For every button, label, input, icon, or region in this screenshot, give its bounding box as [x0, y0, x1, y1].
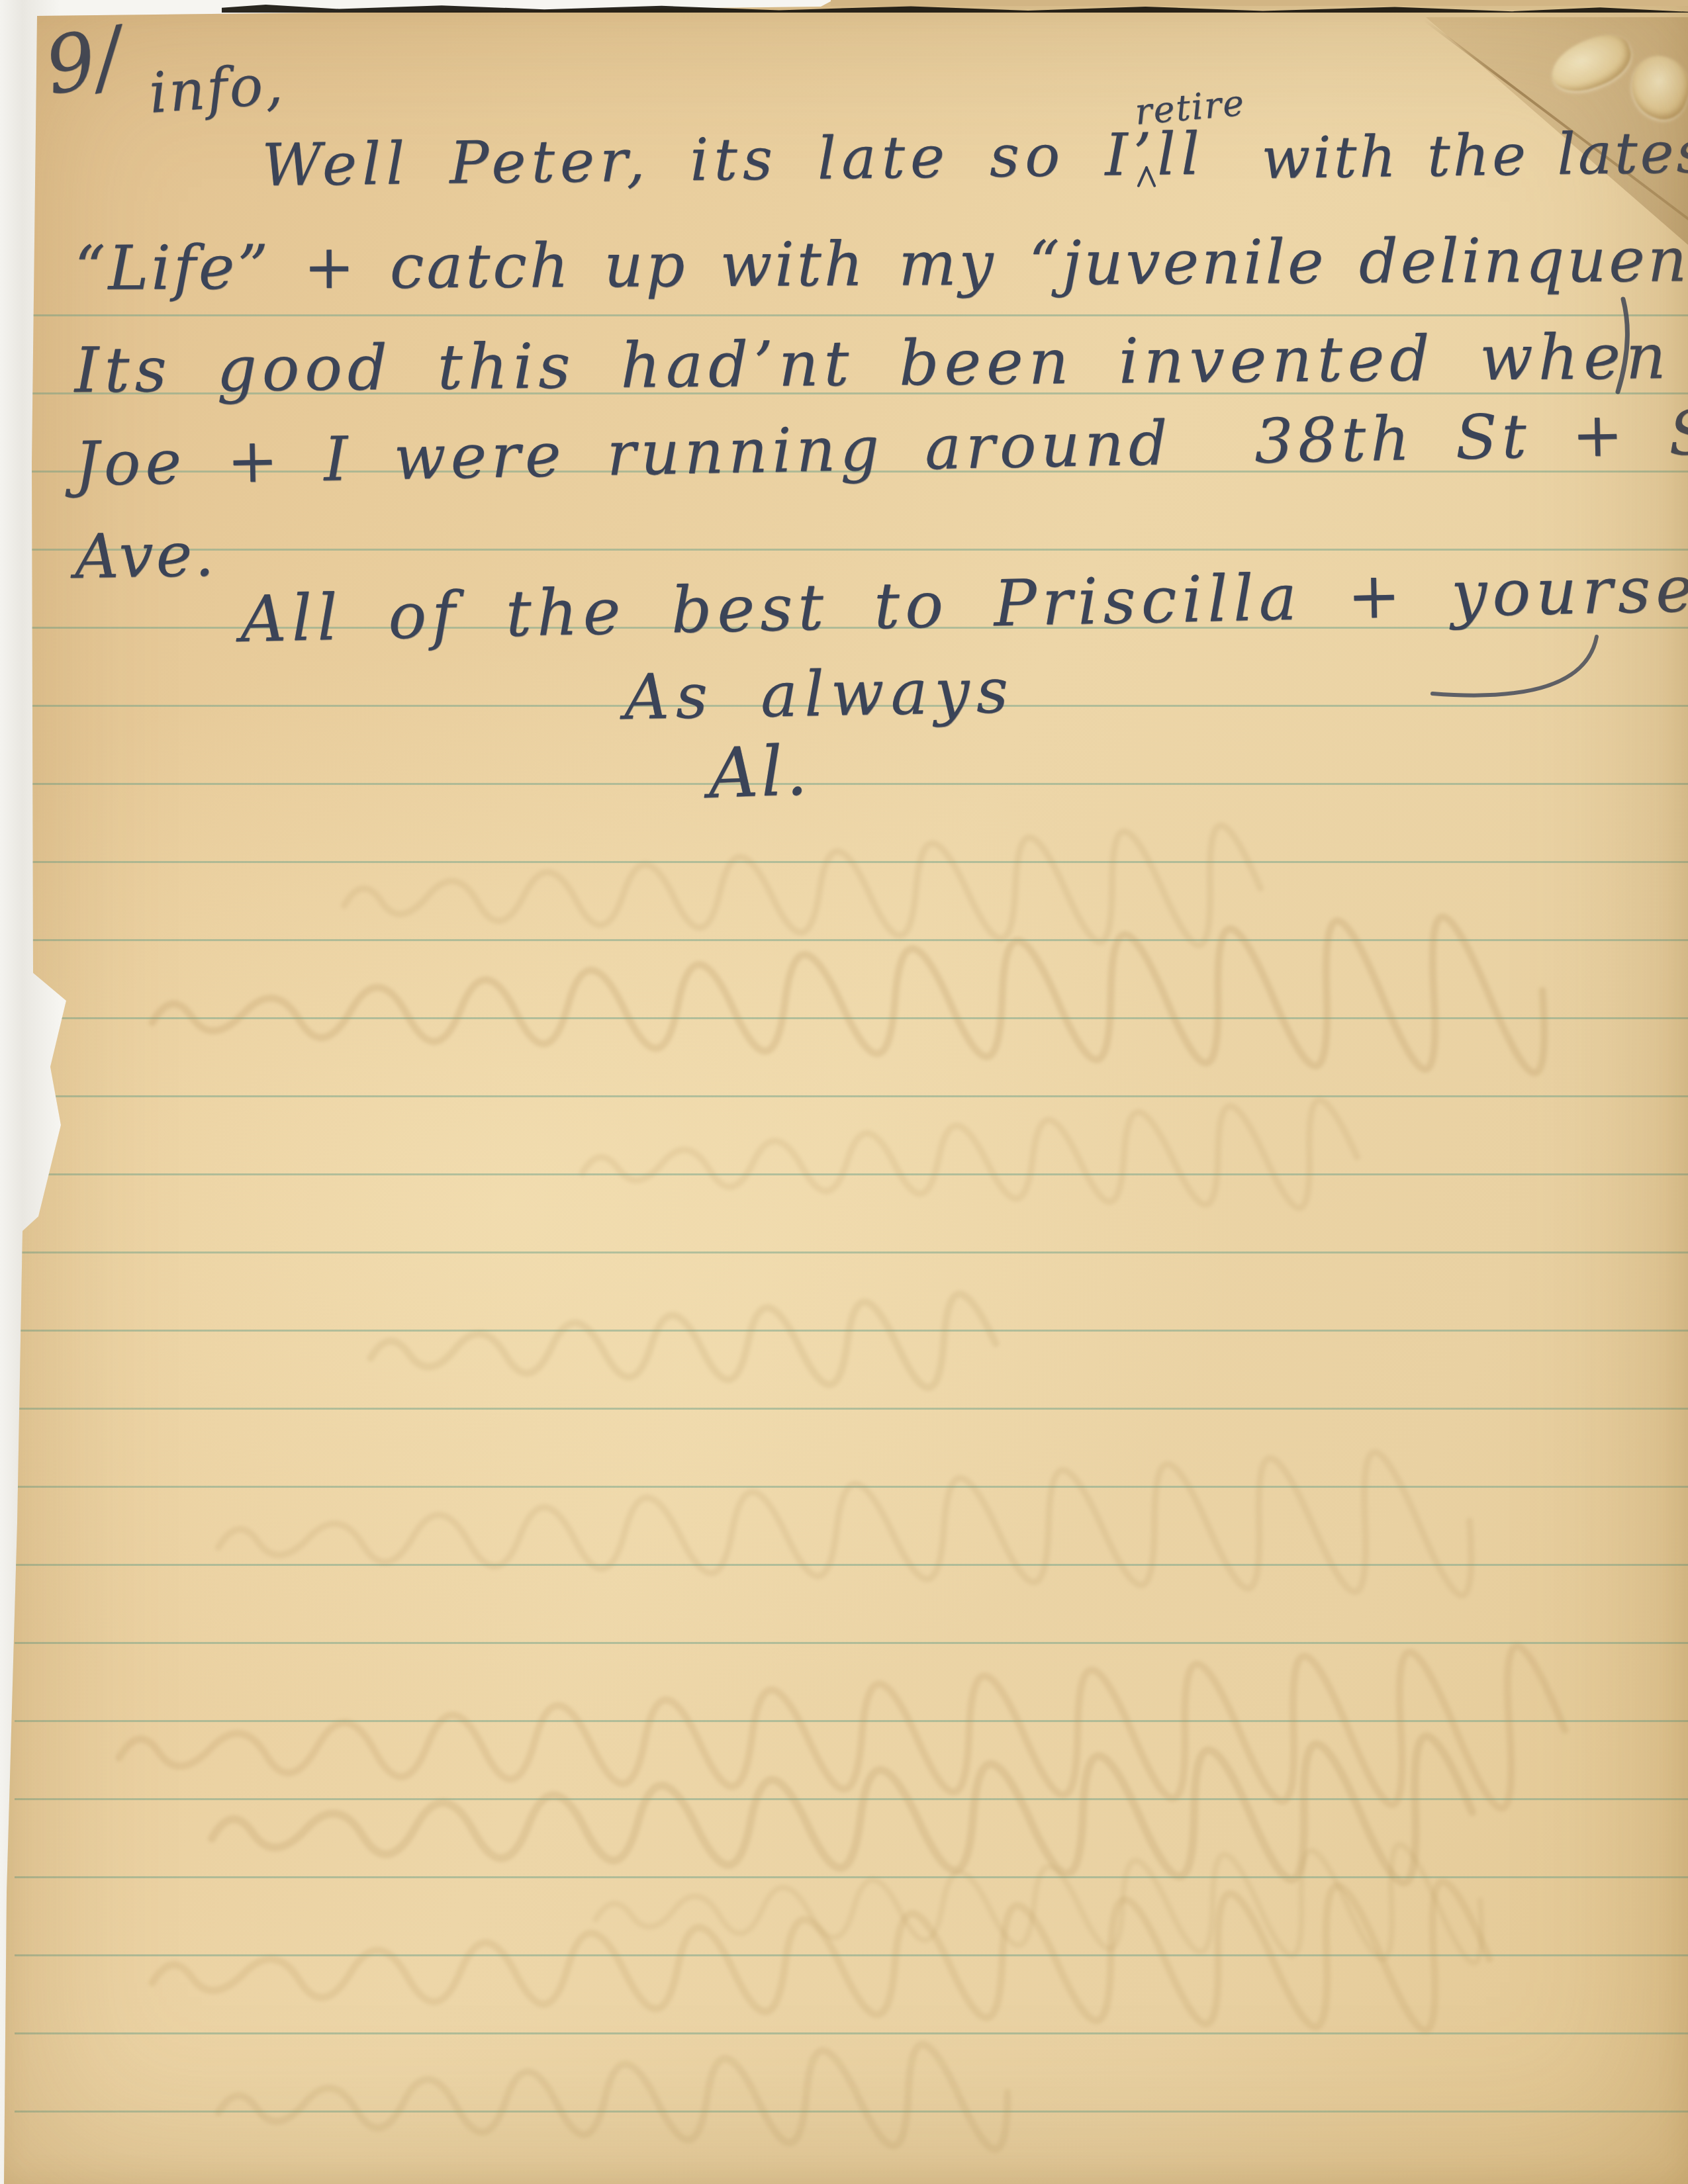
- page-edge-behind: [831, 0, 1688, 6]
- stray-pen-strokes: [0, 0, 1688, 2184]
- scanned-letter-page: 9/ info, Well Peter, its late so I’ll re…: [0, 0, 1688, 2184]
- letter-paper: 9/ info, Well Peter, its late so I’ll re…: [0, 0, 1688, 2184]
